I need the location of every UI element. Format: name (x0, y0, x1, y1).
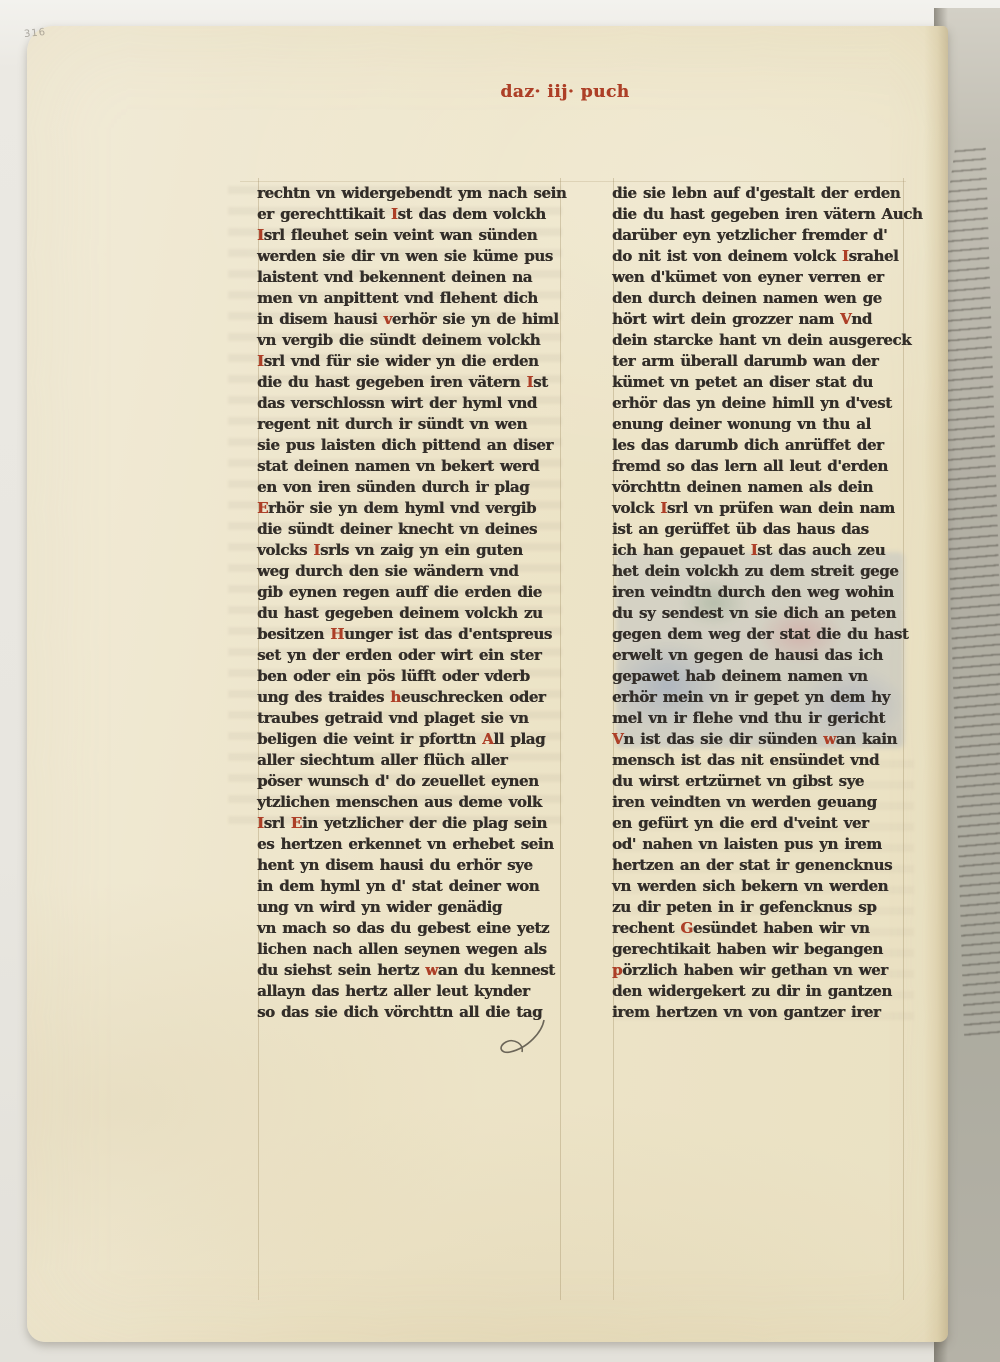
text-line: weg durch den sie wändern vnd (257, 561, 563, 582)
text-line: mel vn ir flehe vnd thu ir gericht (612, 708, 918, 729)
text-line: gegen dem weg der stat die du hast (612, 624, 918, 645)
text-line: in dem hyml yn d' stat deiner won (257, 876, 563, 897)
text-line: iren veindten vn werden geuang (612, 792, 918, 813)
text-line: fremd so das lern all leut d'erden (612, 456, 918, 477)
text-line: ist an gerüffet üb das haus das (612, 519, 918, 540)
text-line: dein starcke hant vn dein ausgereck (612, 330, 918, 351)
text-line: volcks Isrls vn zaig yn ein guten (257, 540, 563, 561)
text-line: ich han gepauet Ist das auch zeu (612, 540, 918, 561)
text-line: besitzen Hunger ist das d'entspreus (257, 624, 563, 645)
text-line: hört wirt dein grozzer nam Vnd (612, 309, 918, 330)
text-line: Isrl Ein yetzlicher der die plag sein (257, 813, 563, 834)
text-column-right: die sie lebn auf d'gestalt der erdendie … (612, 183, 918, 1023)
text-line: hertzen an der stat ir genencknus (612, 855, 918, 876)
text-line: ter arm überall darumb wan der (612, 351, 918, 372)
running-header: daz· iij· puch (500, 82, 629, 102)
text-line: pöser wunsch d' do zeuellet eynen (257, 771, 563, 792)
text-line: vörchttn deinen namen als dein (612, 477, 918, 498)
text-line: du wirst ertzürnet vn gibst sye (612, 771, 918, 792)
text-line: pörzlich haben wir gethan vn wer (612, 960, 918, 981)
text-line: en gefürt yn die erd d'veint ver (612, 813, 918, 834)
text-line: volck Isrl vn prüfen wan dein nam (612, 498, 918, 519)
text-line: die du hast gegeben iren vätern Auch (612, 204, 918, 225)
text-line: od' nahen vn laisten pus yn irem (612, 834, 918, 855)
text-line: Isrl fleuhet sein veint wan sünden (257, 225, 563, 246)
text-line: das verschlossn wirt der hyml vnd (257, 393, 563, 414)
text-line: du hast gegeben deinem volckh zu (257, 603, 563, 624)
text-line: mensch ist das nit ensündet vnd (612, 750, 918, 771)
text-line: Erhör sie yn dem hyml vnd vergib (257, 498, 563, 519)
text-line: lichen nach allen seynen wegen als (257, 939, 563, 960)
text-line: laistent vnd bekennent deinen na (257, 267, 563, 288)
text-line: die du hast gegeben iren vätern Ist (257, 372, 563, 393)
text-line: es hertzen erkennet vn erhebet sein (257, 834, 563, 855)
text-line: enung deiner wonung vn thu al (612, 414, 918, 435)
text-line: stat deinen namen vn bekert werd (257, 456, 563, 477)
text-line: er gerechttikait Ist das dem volckh (257, 204, 563, 225)
text-line: den durch deinen namen wen ge (612, 288, 918, 309)
text-line: ben oder ein pös lüfft oder vderb (257, 666, 563, 687)
text-line: vn mach so das du gebest eine yetz (257, 918, 563, 939)
text-line: Vn ist das sie dir sünden wan kain (612, 729, 918, 750)
text-line: traubes getraid vnd plaget sie vn (257, 708, 563, 729)
text-line: gepawet hab deinem namen vn (612, 666, 918, 687)
text-line: erhör mein vn ir gepet yn dem hy (612, 687, 918, 708)
text-line: ung vn wird yn wider genädig (257, 897, 563, 918)
text-line: vn werden sich bekern vn werden (612, 876, 918, 897)
pencil-folio-number: 316 (23, 27, 46, 40)
text-line: rechent Gesündet haben wir vn (612, 918, 918, 939)
text-line: werden sie dir vn wen sie küme pus (257, 246, 563, 267)
text-line: do nit ist von deinem volck Israhel (612, 246, 918, 267)
text-line: irem hertzen vn von gantzer irer (612, 1002, 918, 1023)
ruling-line-horizontal (240, 181, 906, 182)
text-line: erhör das yn deine himll yn d'vest (612, 393, 918, 414)
text-line: vn vergib die sündt deinem volckh (257, 330, 563, 351)
pen-flourish (498, 1018, 550, 1058)
text-line: erwelt vn gegen de hausi das ich (612, 645, 918, 666)
text-line: aller siechtum aller flüch aller (257, 750, 563, 771)
text-line: die sie lebn auf d'gestalt der erden (612, 183, 918, 204)
text-line: darüber eyn yetzlicher fremder d' (612, 225, 918, 246)
text-line: du sy sendest vn sie dich an peten (612, 603, 918, 624)
text-line: regent nit durch ir sündt vn wen (257, 414, 563, 435)
text-line: ytzlichen menschen aus deme volk (257, 792, 563, 813)
text-line: sie pus laisten dich pittend an diser (257, 435, 563, 456)
text-line: en von iren sünden durch ir plag (257, 477, 563, 498)
text-line: zu dir peten in ir gefencknus sp (612, 897, 918, 918)
text-line: gib eynen regen auff die erden die (257, 582, 563, 603)
text-line: hent yn disem hausi du erhör sye (257, 855, 563, 876)
text-line: set yn der erden oder wirt ein ster (257, 645, 563, 666)
text-line: den widergekert zu dir in gantzen (612, 981, 918, 1002)
text-line: ung des traides heuschrecken oder (257, 687, 563, 708)
text-line: kümet vn petet an diser stat du (612, 372, 918, 393)
text-line: les das darumb dich anrüffet der (612, 435, 918, 456)
text-line: Isrl vnd für sie wider yn die erden (257, 351, 563, 372)
text-line: in disem hausi verhör sie yn de himl (257, 309, 563, 330)
text-line: wen d'kümet von eyner verren er (612, 267, 918, 288)
text-line: men vn anpittent vnd flehent dich (257, 288, 563, 309)
text-column-left: rechtn vn widergebendt ym nach seiner ge… (257, 183, 563, 1023)
manuscript-scan: 316 daz· iij· puch rechtn vn widergebend… (0, 0, 1000, 1362)
text-line: iren veindtn durch den weg wohin (612, 582, 918, 603)
page-edge-curl (924, 26, 948, 1342)
text-line: rechtn vn widergebendt ym nach sein (257, 183, 563, 204)
text-line: beligen die veint ir pforttn All plag (257, 729, 563, 750)
text-line: het dein volckh zu dem streit gege (612, 561, 918, 582)
text-line: du siehst sein hertz wan du kennest (257, 960, 563, 981)
text-line: gerechtikait haben wir begangen (612, 939, 918, 960)
text-line: die sündt deiner knecht vn deines (257, 519, 563, 540)
text-line: allayn das hertz aller leut kynder (257, 981, 563, 1002)
